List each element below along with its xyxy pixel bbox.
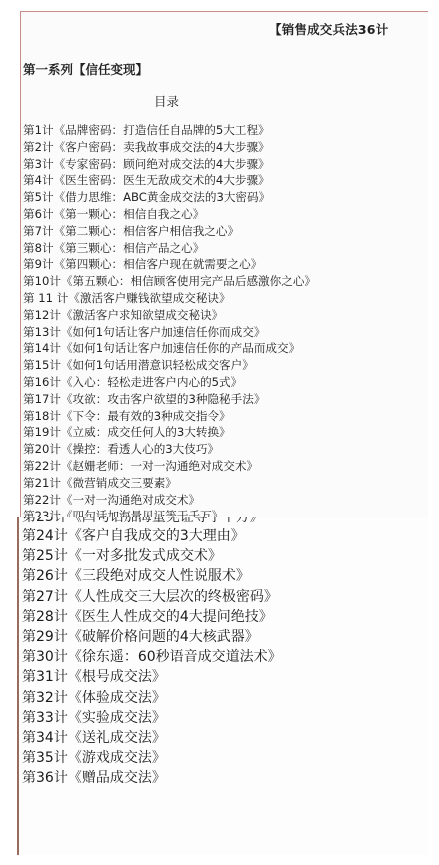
clipped-toc-item: 第23计《四句话加海量见证等于千万》 [22,517,264,526]
toc-item: 第6计《第一颗心：相信自我之心》 [23,206,316,223]
toc-item: 第33计《实验成交法》 [22,708,292,728]
toc-item: 第22计《一对一沟通绝对成交术》 [23,492,316,509]
document-page: 【销售成交兵法36计 第一系列【信任变现】 目录 第1计《品牌密码：打造信任自品… [0,0,439,865]
toc-list-top: 第1计《品牌密码：打造信任自品牌的5大工程》 第2计《客户密码：卖我故事成交法的… [23,122,316,525]
document-title: 【销售成交兵法36计 [269,20,388,38]
toc-item: 第3计《专家密码：顾问绝对成交法的4大步骤》 [23,156,316,173]
top-document-panel: 【销售成交兵法36计 第一系列【信任变现】 目录 第1计《品牌密码：打造信任自品… [20,11,428,517]
toc-item: 第25计《一对多批发式成交术》 [22,546,292,566]
toc-item: 第13计《如何1句话让客户加速信任你而成交》 [23,324,316,341]
toc-item: 第7计《第二颗心：相信客户相信我之心》 [23,223,316,240]
toc-heading: 目录 [154,92,179,110]
toc-item: 第9计《第四颗心：相信客户现在就需要之心》 [23,256,316,273]
toc-item: 第 11 计《激活客户赚钱欲望成交秘诀》 [23,290,316,307]
toc-item: 第4计《医生密码：医生无敌成交术的4大步骤》 [23,172,316,189]
toc-item: 第8计《第三颗心：相信产品之心》 [23,240,316,257]
toc-item: 第17计《攻欲：攻击客户欲望的3种隐秘手法》 [23,391,316,408]
toc-item: 第20计《操控：看透人心的3大伎巧》 [23,441,316,458]
toc-item: 第28计《医生人性成交的4大提问绝技》 [22,607,292,627]
toc-item: 第21计《微营销成交三要素》 [23,475,316,492]
toc-item: 第18计《下令：最有效的3种成交指令》 [23,408,316,425]
toc-item: 第1计《品牌密码：打造信任自品牌的5大工程》 [23,122,316,139]
series-title: 第一系列【信任变现】 [23,60,148,78]
toc-item: 第15计《如何1句话用潜意识轻松成交客户》 [23,357,316,374]
toc-item: 第27计《人性成交三大层次的终极密码》 [22,587,292,607]
toc-item: 第30计《徐东遥：60秒语音成交道法术》 [22,647,292,667]
toc-item: 第29计《破解价格问题的4大核武器》 [22,627,292,647]
toc-item: 第35计《游戏成交法》 [22,748,292,768]
toc-item: 第10计《第五颗心：相信顾客使用完产品后感激你之心》 [23,273,316,290]
bottom-document-panel: 第23计《四句话加海量见证等于千万》 第24计《客户自我成交的3大理由》 第25… [17,517,428,855]
toc-item: 第31计《根号成交法》 [22,667,292,687]
toc-item: 第26计《三段绝对成交人性说服术》 [22,566,292,586]
toc-item: 第12计《激活客户求知欲望成交秘诀》 [23,307,316,324]
toc-list-bottom: 第24计《客户自我成交的3大理由》 第25计《一对多批发式成交术》 第26计《三… [22,526,292,788]
toc-item: 第14计《如何1句话让客户加速信任你的产品而成交》 [23,340,316,357]
toc-item: 第22计《赵姗老师：一对一沟通绝对成交术》 [23,458,316,475]
toc-item: 第34计《送礼成交法》 [22,728,292,748]
toc-item: 第16计《入心：轻松走进客户内心的5式》 [23,374,316,391]
toc-item: 第19计《立威：成交任何人的3大转换》 [23,424,316,441]
toc-item: 第32计《体验成交法》 [22,688,292,708]
toc-item: 第24计《客户自我成交的3大理由》 [22,526,292,546]
toc-item: 第5计《借力思维：ABC黄金成交法的3大密码》 [23,189,316,206]
toc-item: 第36计《赠品成交法》 [22,768,292,788]
toc-item: 第2计《客户密码：卖我故事成交法的4大步骤》 [23,139,316,156]
